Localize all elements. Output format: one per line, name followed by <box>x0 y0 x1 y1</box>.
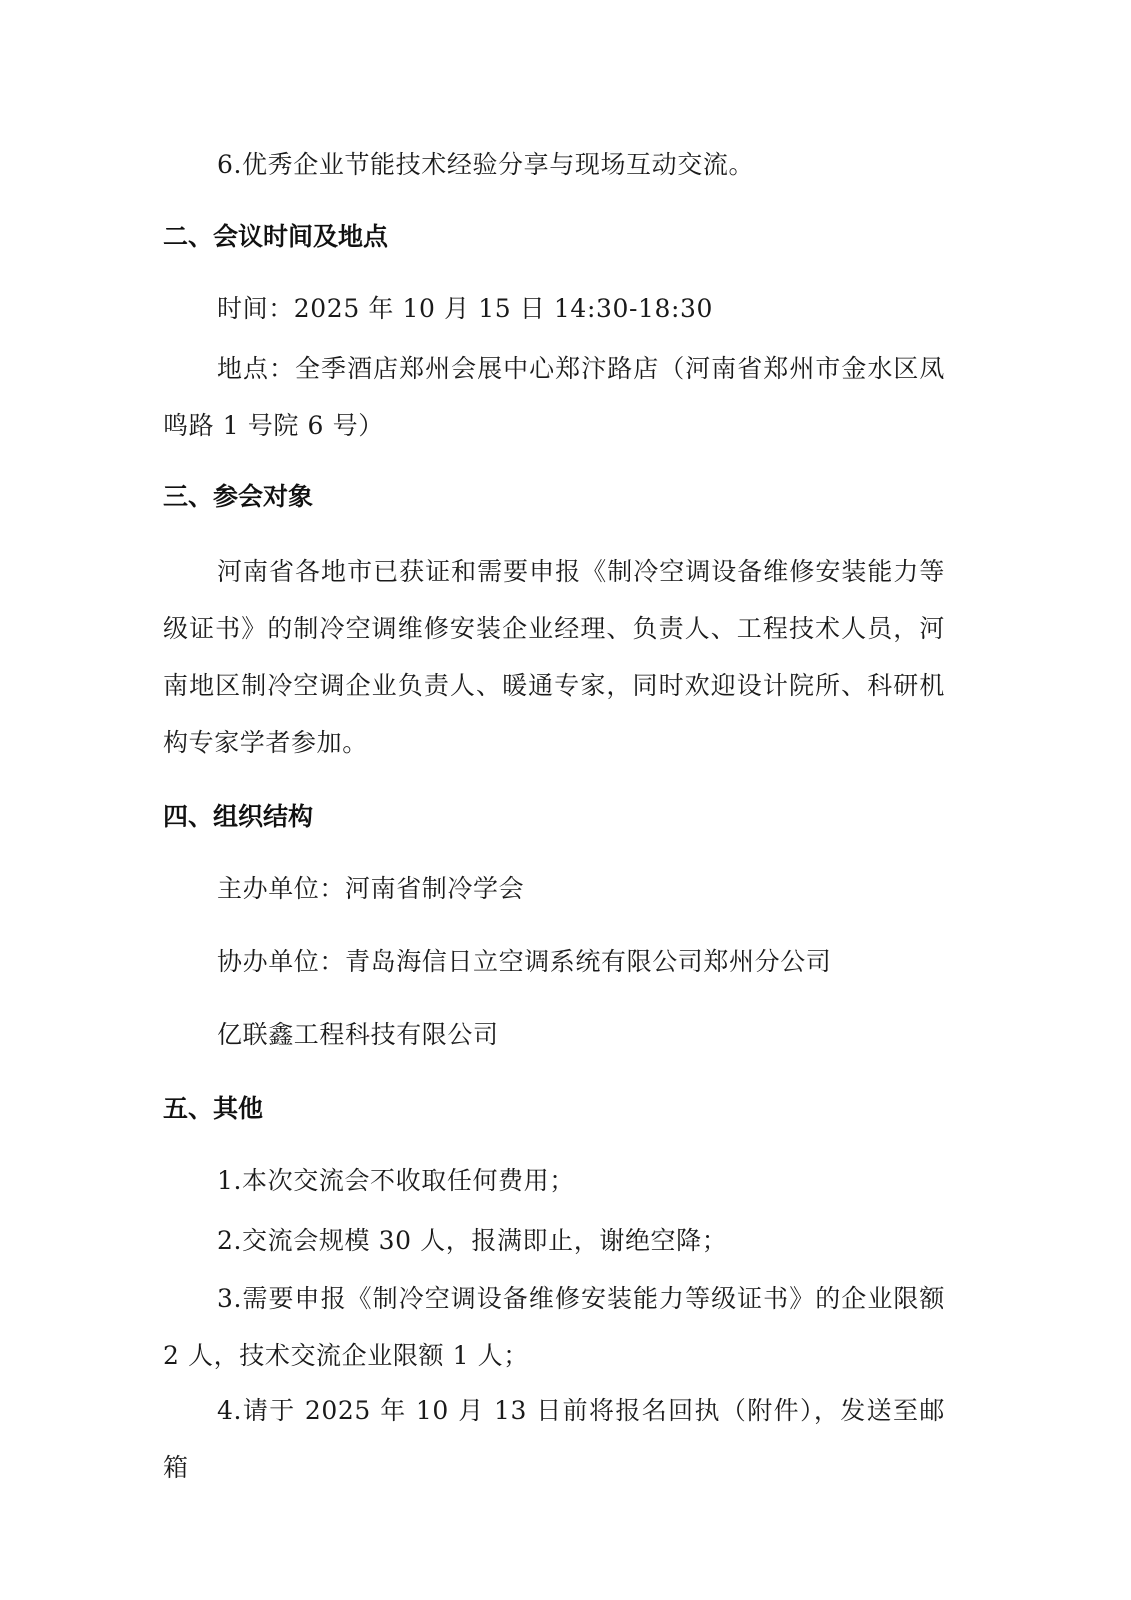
meeting-location: 地点：全季酒店郑州会展中心郑汴路店（河南省郑州市金水区凤鸣路 1 号院 6 号） <box>163 340 945 454</box>
other-item-2: 2.交流会规模 30 人，报满即止，谢绝空降； <box>163 1212 945 1269</box>
host-organizer: 主办单位：河南省制冷学会 <box>163 860 945 917</box>
agenda-item-6: 6.优秀企业节能技术经验分享与现场互动交流。 <box>163 136 945 193</box>
other-item-1: 1.本次交流会不收取任何费用； <box>163 1152 945 1209</box>
section-heading-attendees: 三、参会对象 <box>163 480 313 514</box>
other-item-3: 3.需要申报《制冷空调设备维修安装能力等级证书》的企业限额 2 人，技术交流企业… <box>163 1270 945 1384</box>
other-item-4: 4.请于 2025 年 10 月 13 日前将报名回执（附件），发送至邮箱 <box>163 1382 945 1496</box>
co-organizer-2: 亿联鑫工程科技有限公司 <box>163 1006 945 1063</box>
attendees-description: 河南省各地市已获证和需要申报《制冷空调设备维修安装能力等级证书》的制冷空调维修安… <box>163 543 945 771</box>
meeting-time: 时间：2025 年 10 月 15 日 14:30-18:30 <box>163 280 945 337</box>
section-heading-other: 五、其他 <box>163 1092 263 1126</box>
section-heading-time-location: 二、会议时间及地点 <box>163 220 388 254</box>
co-organizer: 协办单位：青岛海信日立空调系统有限公司郑州分公司 <box>163 933 945 990</box>
section-heading-organization: 四、组织结构 <box>163 800 313 834</box>
